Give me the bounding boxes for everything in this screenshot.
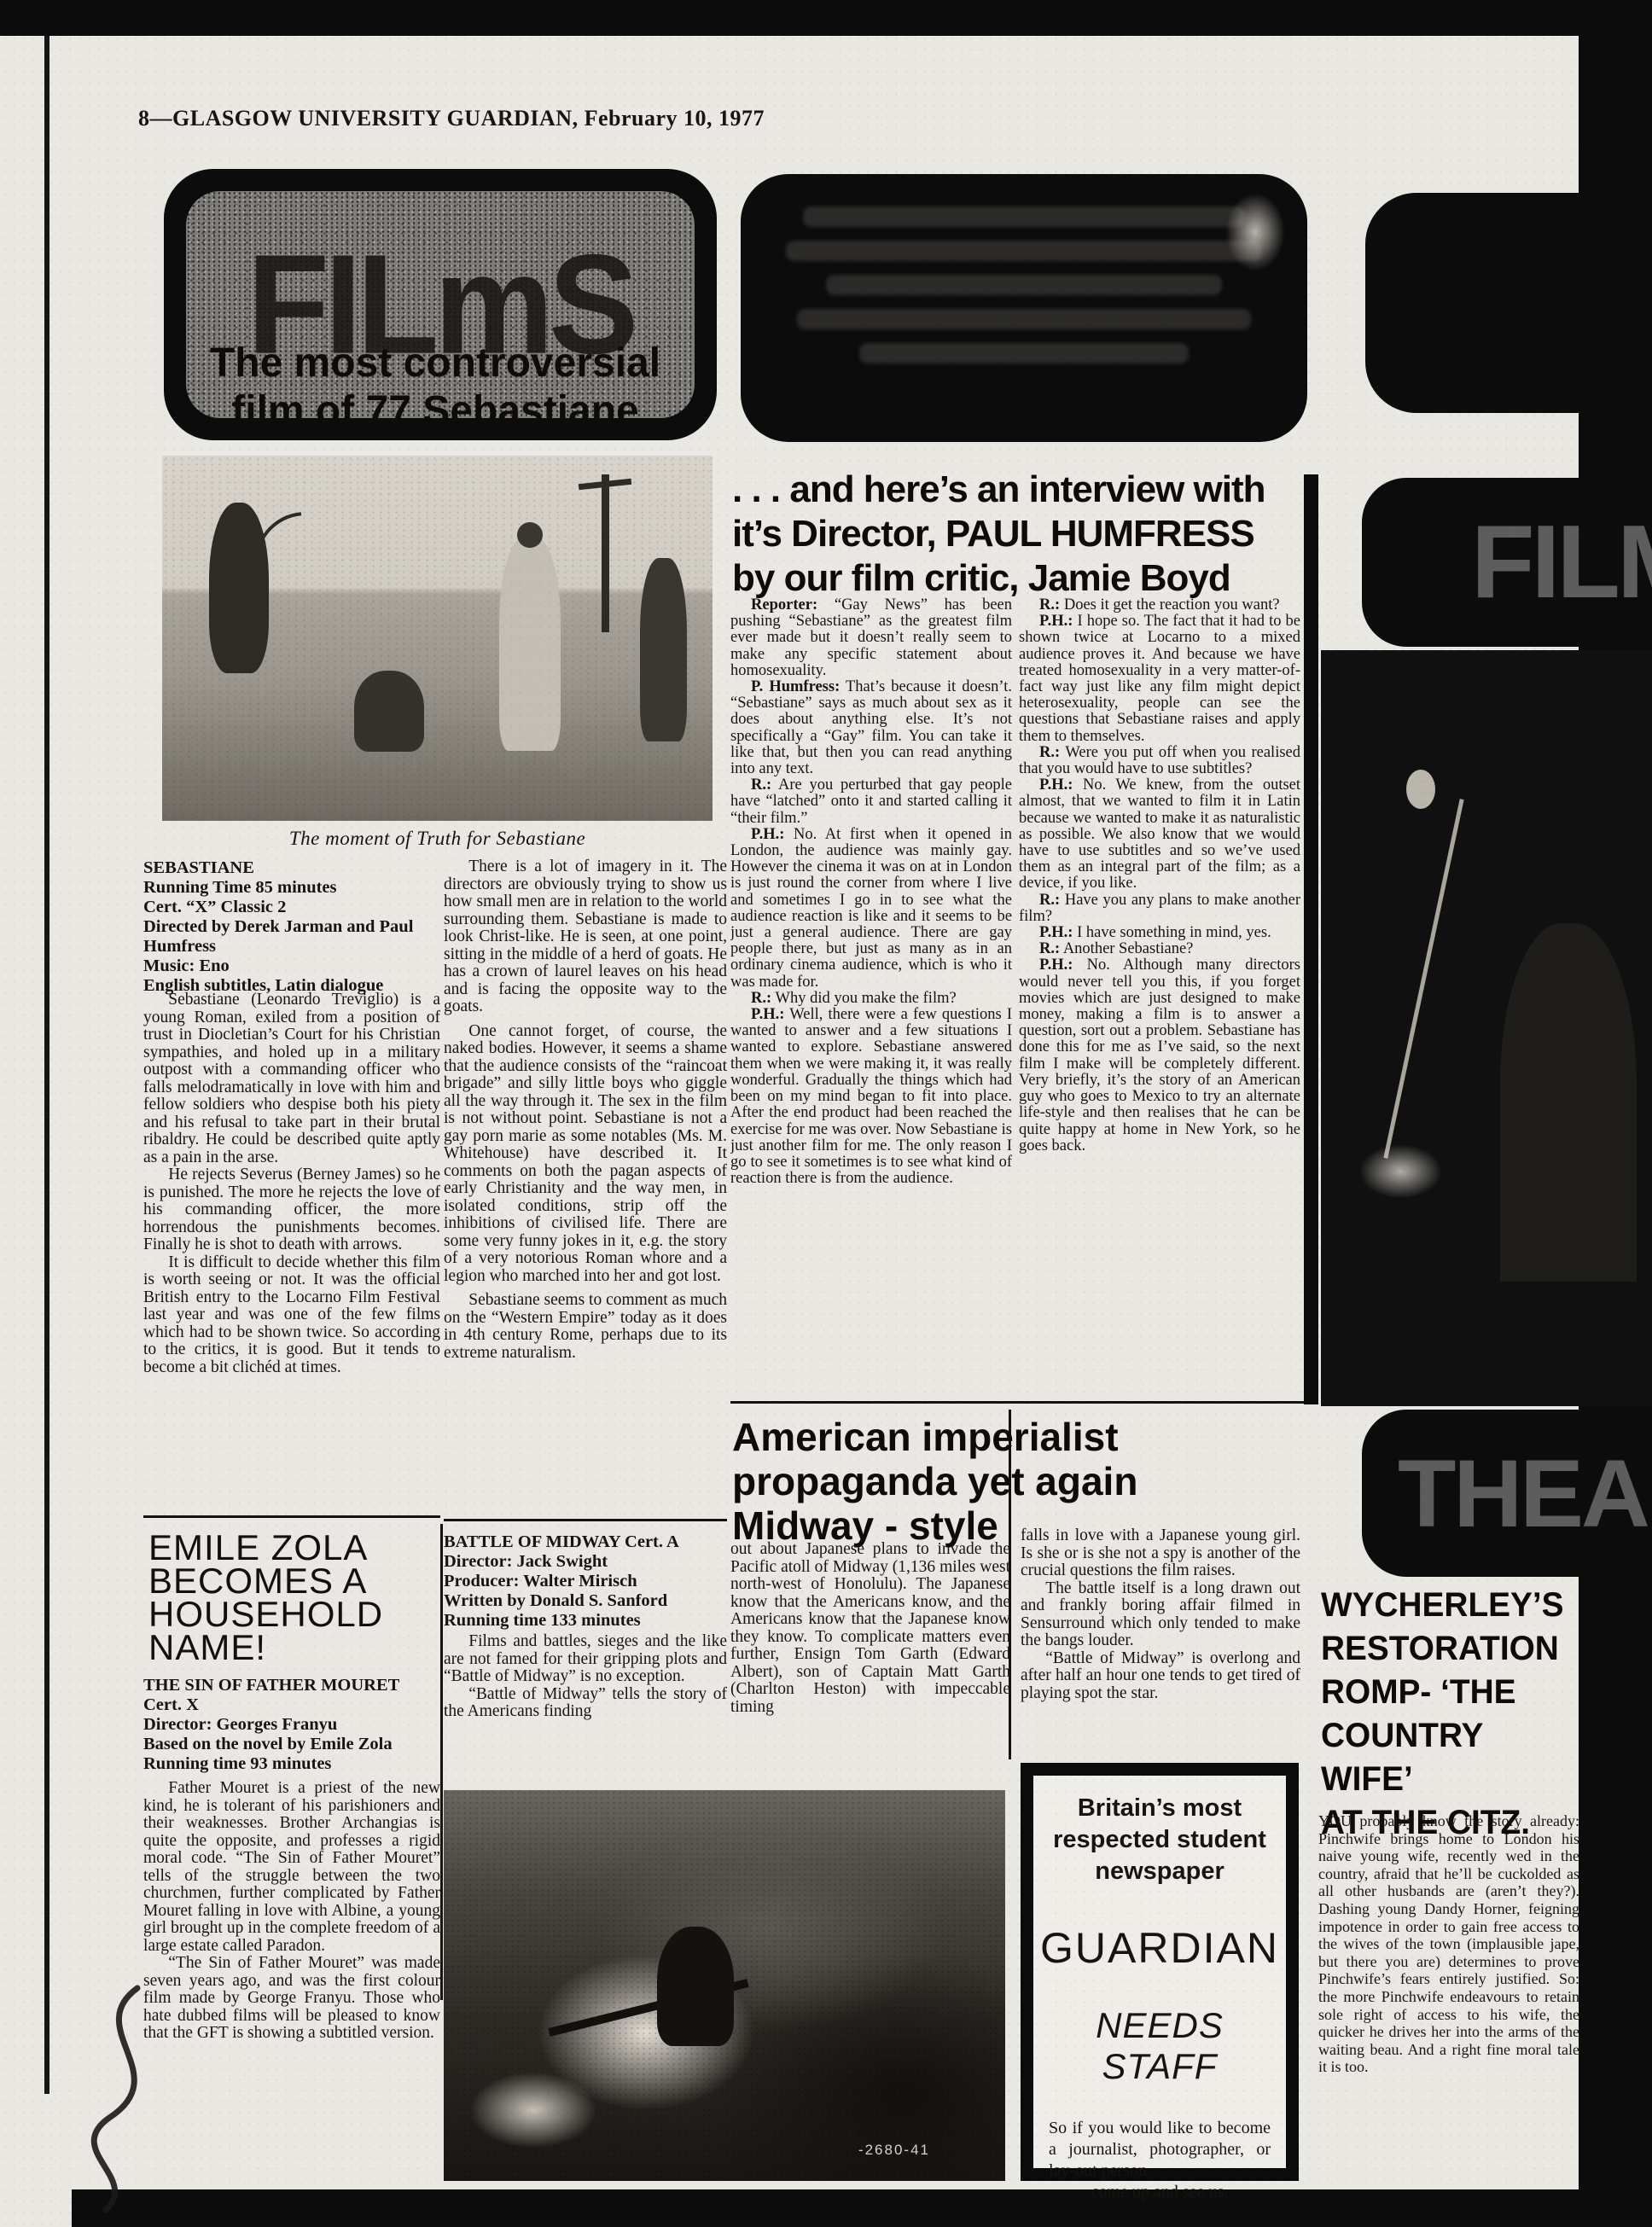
guardian-ad-name: GUARDIAN	[1033, 1923, 1286, 1973]
stage-photo	[1321, 650, 1652, 1406]
speech-text: No. Although many directors would never …	[1019, 957, 1300, 1154]
rule-above-zola	[143, 1515, 440, 1518]
speech-text: Well, there were a few questions I wante…	[730, 1006, 1012, 1187]
interview-paragraph: P.H.: I have something in mind, yes.	[1019, 925, 1300, 941]
promo-blotch	[1225, 193, 1285, 271]
credit-line: Director: Georges Franyu	[143, 1715, 440, 1735]
promo-text-line	[859, 343, 1188, 363]
speaker-label: P. Humfress:	[751, 678, 840, 695]
credit-line: Cert. “X” Classic 2	[143, 898, 440, 917]
top-right-box	[1365, 193, 1652, 413]
figure-silhouette-standing	[499, 538, 561, 751]
speaker-label: R.:	[1039, 892, 1060, 909]
spray-highlight	[469, 2072, 597, 2149]
speech-text: No. We knew, from the outset almost, tha…	[1019, 776, 1300, 892]
credit-line: Written by Donald S. Sanford	[444, 1591, 727, 1611]
scan-border-top	[0, 0, 1652, 36]
speaker-label: R.:	[751, 990, 771, 1007]
credit-line: Running Time 85 minutes	[143, 878, 440, 898]
speaker-label: R.:	[751, 776, 771, 794]
films-rail-box: FILM	[1362, 478, 1652, 647]
interview-paragraph: R.: Does it get the reaction you want?	[1019, 597, 1300, 613]
rule-above-battle	[444, 1519, 727, 1521]
films-rail-label: FILM	[1471, 502, 1652, 621]
article-paragraph: YOU probably know the story already: Pin…	[1318, 1812, 1579, 2076]
credit-line: BATTLE OF MIDWAY Cert. A	[444, 1532, 727, 1552]
interview-paragraph: P.H.: Well, there were a few questions I…	[730, 1007, 1012, 1187]
newspaper-page: 8—GLASGOW UNIVERSITY GUARDIAN, February …	[0, 0, 1652, 2227]
credit-line: Directed by Derek Jarman and Paul Humfre…	[143, 917, 440, 957]
theatre-rail-box: THEA	[1362, 1410, 1652, 1577]
article-paragraph: The battle itself is a long drawn out an…	[1021, 1580, 1300, 1650]
credit-line: Running time 93 minutes	[143, 1754, 440, 1774]
speaker-label: Reporter:	[751, 597, 817, 613]
interview-paragraph: Reporter: “Gay News” has been pushing “S…	[730, 597, 1012, 679]
sebastiane-photo	[162, 456, 713, 821]
interview-paragraph: R.: Why did you make the film?	[730, 991, 1012, 1007]
midway-credits: BATTLE OF MIDWAY Cert. A Director: Jack …	[444, 1532, 727, 1631]
interview-paragraph: R.: Another Sebastiane?	[1019, 941, 1300, 957]
credit-line: SEBASTIANE	[143, 858, 440, 878]
article-paragraph: One cannot forget, of course, the naked …	[444, 1023, 727, 1286]
guardian-ad-body: So if you would like to become a journal…	[1049, 2118, 1271, 2182]
interview-paragraph: P.H.: No. At first when it opened in Lon…	[730, 827, 1012, 991]
interview-paragraph: P.H.: No. We knew, from the outset almos…	[1019, 777, 1300, 892]
credit-line: Director: Jack Swight	[444, 1552, 727, 1572]
credit-line: Running time 133 minutes	[444, 1611, 727, 1631]
promo-text-line	[803, 206, 1245, 227]
article-paragraph: He rejects Severus (Berney James) so he …	[143, 1166, 440, 1254]
interview-headline: . . . and here’s an interview with it’s …	[732, 468, 1300, 601]
credit-line: Music: Eno	[143, 957, 440, 976]
speaker-label: R.:	[1039, 744, 1060, 761]
page-header: 8—GLASGOW UNIVERSITY GUARDIAN, February …	[138, 106, 765, 131]
zola-headline: EMILE ZOLA BECOMES A HOUSEHOLD NAME!	[148, 1531, 443, 1664]
wycherley-body: YOU probably know the story already: Pin…	[1318, 1812, 1579, 2184]
speaker-label: R.:	[1039, 940, 1060, 957]
battle-photo: -2680-41	[444, 1790, 1005, 2181]
article-paragraph: Sebastiane seems to comment as much on t…	[444, 1292, 727, 1362]
sebastiane-credits: SEBASTIANE Running Time 85 minutes Cert.…	[143, 858, 440, 996]
article-paragraph: There is a lot of imagery in it. The dir…	[444, 858, 727, 1016]
interview-colA: Reporter: “Gay News” has been pushing “S…	[730, 597, 1012, 1398]
photo-frame-code: -2680-41	[858, 2142, 930, 2159]
rule-above-midway-headline	[730, 1401, 1304, 1404]
speaker-label: P.H.:	[1039, 924, 1073, 941]
interview-paragraph: P.H.: I hope so. The fact that it had to…	[1019, 613, 1300, 745]
figure-silhouette-gunner	[657, 1927, 734, 2046]
interview-colB: R.: Does it get the reaction you want? P…	[1019, 597, 1300, 1398]
speech-text: No. At first when it opened in London, t…	[730, 826, 1012, 991]
speaker-label: P.H.:	[1039, 776, 1073, 794]
speech-text: Are you perturbed that gay people have “…	[730, 776, 1012, 826]
sebastiane-col1: Sebastiane (Leonardo Treviglio) is a you…	[143, 991, 440, 1512]
scan-border-left	[44, 36, 49, 2094]
zola-credits: THE SIN OF FATHER MOURET Cert. X Directo…	[143, 1676, 440, 1774]
guardian-ad-subtitle: NEEDS STAFF	[1033, 2005, 1286, 2087]
article-paragraph: out about Japanese plans to invade the P…	[730, 1541, 1010, 1716]
wycherley-headline: WYCHERLEY’S RESTORATION ROMP- ‘THE COUNT…	[1321, 1584, 1569, 1845]
figure-silhouette-right	[640, 558, 687, 741]
interview-paragraph: R.: Were you put off when you realised t…	[1019, 745, 1300, 777]
interview-paragraph: R.: Have you any plans to make another f…	[1019, 893, 1300, 925]
guardian-ad-tagline: Britain’s most respected student newspap…	[1045, 1793, 1274, 1887]
microphone-shape	[1406, 770, 1435, 809]
midway-col3: falls in love with a Japanese young girl…	[1021, 1527, 1300, 1754]
pole-shape	[602, 474, 609, 632]
guardian-ad: Britain’s most respected student newspap…	[1021, 1763, 1299, 2181]
speaker-label: R.:	[1039, 597, 1060, 613]
speech-text: Have you any plans to make another film?	[1019, 892, 1300, 925]
sebastiane-col2: There is a lot of imagery in it. The dir…	[444, 858, 727, 1510]
credit-line: THE SIN OF FATHER MOURET Cert. X	[143, 1676, 440, 1715]
performer-silhouette	[1500, 923, 1637, 1282]
figure-head	[517, 522, 543, 548]
midway-col2: out about Japanese plans to invade the P…	[730, 1541, 1010, 1765]
speaker-label: P.H.:	[751, 826, 784, 843]
speaker-label: P.H.:	[751, 1006, 784, 1023]
speaker-label: P.H.:	[1039, 957, 1073, 974]
speech-text: I have something in mind, yes.	[1077, 924, 1271, 941]
speech-text: I hope so. The fact that it had to be sh…	[1019, 613, 1300, 744]
scan-border-bottom	[72, 2189, 1652, 2227]
article-paragraph: Father Mouret is a priest of the new kin…	[143, 1780, 440, 1955]
article-paragraph: It is difficult to decide whether this f…	[143, 1254, 440, 1377]
article-paragraph: “Battle of Midway” is overlong and after…	[1021, 1650, 1300, 1703]
speech-text: Why did you make the film?	[776, 990, 957, 1007]
promo-text-line	[786, 241, 1262, 261]
article-paragraph: “Battle of Midway” tells the story of th…	[444, 1686, 727, 1721]
photo-caption: The moment of Truth for Sebastiane	[162, 828, 713, 850]
speaker-label: P.H.:	[1039, 613, 1073, 630]
main-headline: The most controversial film of 77 Sebast…	[154, 340, 717, 435]
credit-line: Based on the novel by Emile Zola	[143, 1735, 440, 1754]
promo-box	[741, 174, 1307, 442]
microphone-stand-shape	[1383, 799, 1463, 1159]
interview-paragraph: R.: Are you perturbed that gay people ha…	[730, 777, 1012, 827]
figure-silhouette-kneeling	[354, 671, 424, 752]
speech-text: Another Sebastiane?	[1063, 940, 1194, 957]
article-paragraph: Sebastiane (Leonardo Treviglio) is a you…	[143, 991, 440, 1166]
interview-paragraph: P.H.: No. Although many directors would …	[1019, 957, 1300, 1154]
article-paragraph: falls in love with a Japanese young girl…	[1021, 1527, 1300, 1580]
theatre-rail-label: THEA	[1398, 1439, 1648, 1549]
credit-line: Producer: Walter Mirisch	[444, 1572, 727, 1591]
hand-highlight	[1360, 1145, 1441, 1198]
interview-divider-bar	[1304, 474, 1318, 1404]
speech-text: Does it get the reaction you want?	[1064, 597, 1280, 613]
interview-paragraph: P. Humfress: That’s because it doesn’t. …	[730, 679, 1012, 777]
promo-text-line	[826, 275, 1223, 295]
pen-squiggle	[56, 1981, 201, 2220]
midway-col1: Films and battles, sieges and the like a…	[444, 1633, 727, 1787]
speech-text: Were you put off when you realised that …	[1019, 744, 1300, 777]
guardian-ad-body-last: come up and see us.	[1033, 2182, 1286, 2203]
article-paragraph: Films and battles, sieges and the like a…	[444, 1633, 727, 1686]
promo-text-line	[797, 309, 1250, 329]
